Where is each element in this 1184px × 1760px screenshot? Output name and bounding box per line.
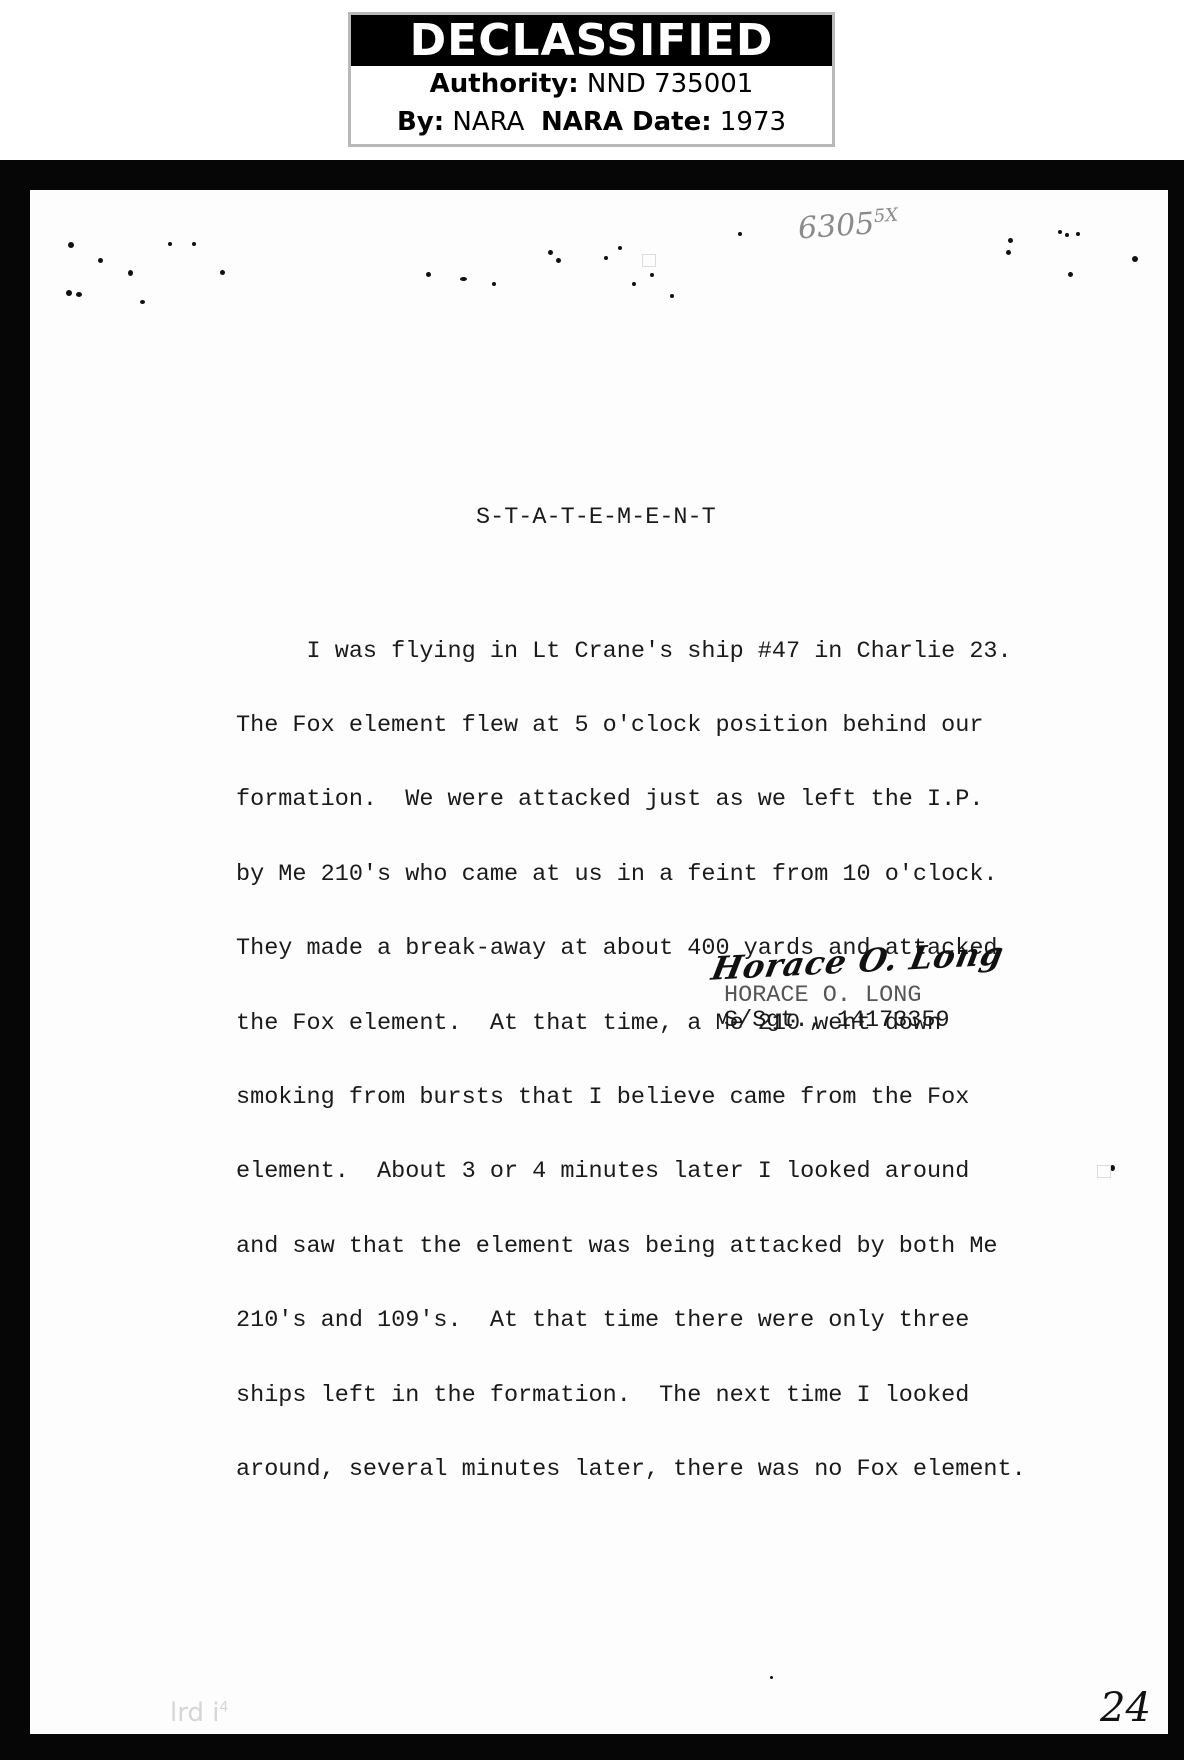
- by-value: NARA: [452, 107, 524, 137]
- speck: [128, 270, 133, 276]
- by-label: By:: [397, 107, 444, 137]
- margin-note-text: lrd i: [170, 1698, 219, 1728]
- signer-name: HORACE O. LONG: [724, 982, 921, 1009]
- authority-value: NND 735001: [587, 69, 753, 99]
- date-label: NARA Date:: [541, 107, 712, 137]
- speck: [548, 250, 553, 255]
- speck: [618, 246, 622, 250]
- speck: [1132, 256, 1138, 262]
- page-number: 24: [1100, 1685, 1151, 1731]
- speck: [1006, 250, 1011, 255]
- document-title: S-T-A-T-E-M-E-N-T: [476, 504, 716, 531]
- signer-rank-serial: S/Sgt., 14173359: [724, 1007, 950, 1034]
- statement-body: I was flying in Lt Crane's ship #47 in C…: [236, 590, 1026, 1532]
- body-line: 210's and 109's. At that time there were…: [236, 1309, 1026, 1334]
- speck: [492, 282, 496, 286]
- file-ref-suffix: 5X: [873, 205, 899, 228]
- speck: [604, 256, 608, 260]
- body-line: The Fox element flew at 5 o'clock positi…: [236, 714, 1026, 739]
- body-line: formation. We were attacked just as we l…: [236, 788, 1026, 813]
- handwritten-file-reference: 63055X: [797, 205, 900, 247]
- speck: [426, 272, 431, 277]
- scanned-page-frame: 63055X S-T-A-T-E-M-E-N-T I was flying in…: [0, 160, 1184, 1760]
- speck: [76, 292, 82, 297]
- body-line: I was flying in Lt Crane's ship #47 in C…: [236, 640, 1026, 665]
- file-ref-number: 6305: [797, 206, 876, 246]
- speck: [460, 277, 467, 281]
- speck: [650, 273, 654, 277]
- body-line: and saw that the element was being attac…: [236, 1235, 1026, 1260]
- faint-margin-note: lrd i4: [170, 1698, 228, 1728]
- speck: [670, 294, 674, 298]
- scan-artifact: [1097, 1165, 1111, 1178]
- speck: [1068, 272, 1073, 277]
- speck: [68, 242, 74, 248]
- stamp-authority: Authority: NND 735001: [351, 69, 832, 99]
- speck: [192, 242, 196, 246]
- speck: [98, 258, 103, 263]
- authority-label: Authority:: [430, 69, 579, 99]
- date-value: 1973: [720, 107, 786, 137]
- speck: [66, 290, 72, 296]
- speck: [632, 282, 636, 286]
- body-line: smoking from bursts that I believe came …: [236, 1086, 1026, 1111]
- speck: [1076, 232, 1080, 236]
- speck: [556, 258, 561, 263]
- scan-artifact: [642, 254, 656, 267]
- body-line: around, several minutes later, there was…: [236, 1458, 1026, 1483]
- document-paper: 63055X S-T-A-T-E-M-E-N-T I was flying in…: [30, 190, 1168, 1734]
- speck: [770, 1676, 773, 1679]
- body-line: ships left in the formation. The next ti…: [236, 1384, 1026, 1409]
- body-line: by Me 210's who came at us in a feint fr…: [236, 863, 1026, 888]
- speck: [1008, 238, 1013, 243]
- stamp-heading: DECLASSIFIED: [351, 15, 832, 66]
- speck: [738, 232, 742, 236]
- body-line: element. About 3 or 4 minutes later I lo…: [236, 1160, 1026, 1185]
- declassified-stamp: DECLASSIFIED Authority: NND 735001 By: N…: [348, 12, 835, 147]
- speck: [140, 300, 145, 304]
- speck: [1065, 233, 1069, 237]
- stamp-by-date: By: NARA NARA Date: 1973: [351, 107, 832, 137]
- margin-note-sup: 4: [219, 1699, 228, 1715]
- speck: [168, 242, 172, 246]
- speck: [1058, 230, 1062, 234]
- speck: [220, 270, 225, 275]
